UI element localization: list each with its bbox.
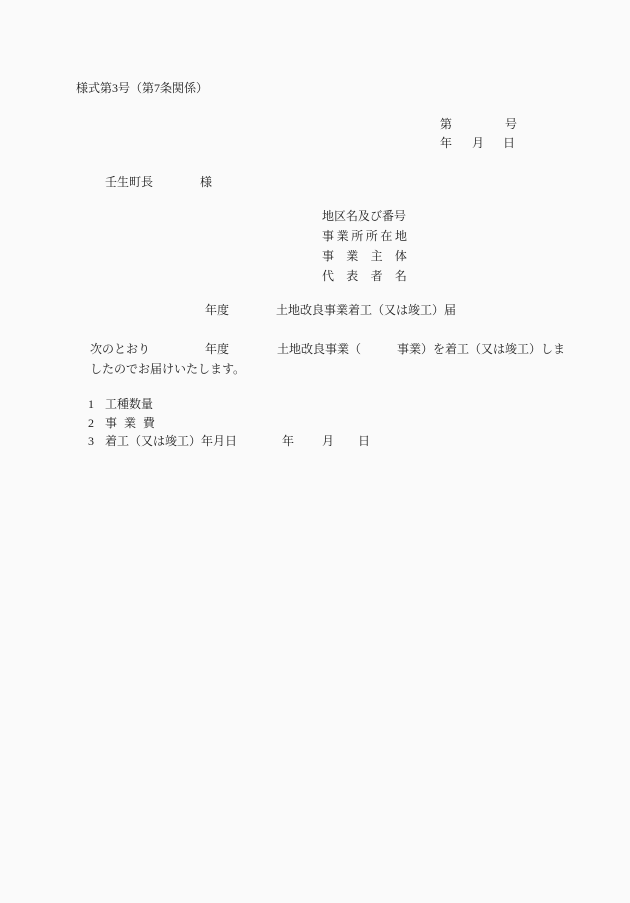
list-item-project-cost: 2 事業費 xyxy=(0,415,630,431)
date-month-label: 月 xyxy=(472,135,484,151)
addressee-line: 壬生町長 様 xyxy=(0,174,630,190)
applicant-field-office-address: 事業所所在地 xyxy=(322,226,410,246)
body-project-open-text: 土地改良事業（ xyxy=(277,341,361,357)
applicant-field-project-entity: 事業主体 xyxy=(322,246,410,266)
body-paragraph-line1: 次のとおり 年度 土地改良事業（ 事業）を着工（又は竣工）しま xyxy=(0,341,630,357)
applicant-field-representative: 代表者名 xyxy=(322,266,410,286)
body-lead-text: 次のとおり xyxy=(90,341,150,357)
applicant-field-district: 地区名及び番号 xyxy=(322,206,410,226)
item2-number: 2 xyxy=(88,415,94,431)
item1-number: 1 xyxy=(88,396,94,412)
list-item-commencement-date: 3 着工（又は竣工）年月日 年 月 日 xyxy=(0,433,630,449)
document-number-line: 第 号 xyxy=(0,116,630,132)
addressee-name: 壬生町長 xyxy=(105,174,153,190)
document-title-line: 年度 土地改良事業着工（又は竣工）届 xyxy=(0,302,630,318)
date-day-label: 日 xyxy=(503,135,515,151)
item2-label: 事業費 xyxy=(105,415,162,431)
item3-number: 3 xyxy=(88,433,94,449)
item3-day-label: 日 xyxy=(358,433,370,449)
body-fiscal-year-label: 年度 xyxy=(205,341,229,357)
form-style-label: 様式第3号（第7条関係） xyxy=(76,80,208,96)
list-item-work-quantity: 1 工種数量 xyxy=(0,396,630,412)
title-fiscal-year-label: 年度 xyxy=(205,302,229,318)
item3-label: 着工（又は竣工）年月日 xyxy=(105,433,237,449)
applicant-field-block: 地区名及び番号 事業所所在地 事業主体 代表者名 xyxy=(322,206,410,286)
body-project-close-text: 事業）を着工（又は竣工）しま xyxy=(397,341,565,357)
doc-number-counter: 号 xyxy=(505,116,517,132)
doc-number-prefix: 第 xyxy=(440,116,452,132)
addressee-honorific: 様 xyxy=(200,174,212,190)
body-paragraph-line2: したのでお届けいたします。 xyxy=(90,361,245,377)
document-date-line: 年 月 日 xyxy=(0,135,630,151)
item1-label: 工種数量 xyxy=(105,396,153,412)
document-title: 土地改良事業着工（又は竣工）届 xyxy=(276,302,456,318)
item3-year-label: 年 xyxy=(282,433,294,449)
item3-month-label: 月 xyxy=(322,433,334,449)
form-document-page: 様式第3号（第7条関係） 第 号 年 月 日 壬生町長 様 地区名及び番号 事業… xyxy=(0,0,630,903)
date-year-label: 年 xyxy=(440,135,452,151)
